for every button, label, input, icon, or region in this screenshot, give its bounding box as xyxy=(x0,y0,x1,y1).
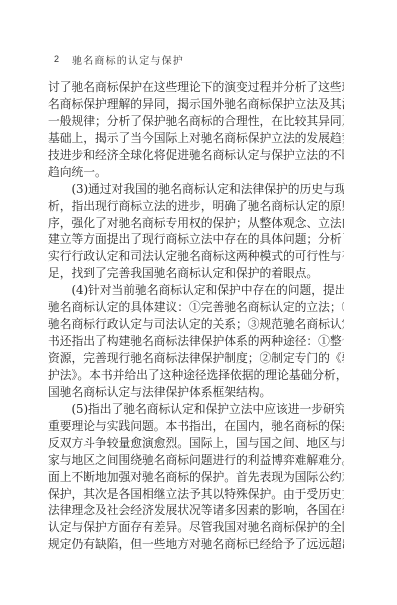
text-line: 技进步和经济全球化将促进驰名商标认定与保护立法的不断完善与 xyxy=(48,147,344,164)
body-text: 讨了驰名商标保护在这些理论下的演变过程并分析了这些理论对驰 名商标保护理解的异同… xyxy=(48,79,344,553)
paragraph-4-start: (4)针对当前驰名商标认定和保护中存在的问题，提出完善我国 xyxy=(48,282,344,299)
text-line: 反双方斗争较量愈演愈烈。国际上，国与国之间、地区与地区之间、国 xyxy=(48,435,344,452)
text-line: 趋向统一。 xyxy=(48,164,344,181)
text-line: 认定与保护方面存有差异。尽管我国对驰名商标保护的全国性法律 xyxy=(48,519,344,536)
text-line: 书还指出了构建驰名商标法律保护体系的两种途径：①整合现有法律 xyxy=(48,333,344,350)
paragraph-3-start: (3)通过对我国的驰名商标认定和法律保护的历史与现状的分 xyxy=(48,181,344,198)
text-line: 资源，完善现行驰名商标法律保护制度；②制定专门的《驰名商标保 xyxy=(48,350,344,367)
text-line: 重要理论与实践问题。本书指出，在国内，驰名商标的保护与侵权正 xyxy=(48,418,344,435)
text-line: 法律理念及社会经济发展状况等诸多因素的影响，各国在驰名商标的 xyxy=(48,502,344,519)
text-line: 护法》。本书并给出了这种途径选择依据的理论基础分析，提出了我 xyxy=(48,367,344,384)
page-header: 2 驰名商标的认定与保护 xyxy=(54,52,184,66)
text-line: 讨了驰名商标保护在这些理论下的演变过程并分析了这些理论对驰 xyxy=(48,79,344,96)
page-number: 2 xyxy=(54,54,72,64)
running-title: 驰名商标的认定与保护 xyxy=(72,52,184,67)
text-line: 名商标保护理解的异同，揭示国外驰名商标保护立法及其法律保护的 xyxy=(48,96,344,113)
text-line: 面上不断地加强对驰名商标的保护。首先表现为国际公约对其扩大 xyxy=(48,469,344,486)
text-line: 驰名商标行政认定与司法认定的关系；③规范驰名商标认定程序。本 xyxy=(48,316,344,333)
text-line: 足，找到了完善我国驰名商标认定和保护的着眼点。 xyxy=(48,265,344,282)
text-line: 基础上，揭示了当今国际上对驰名商标保护立法的发展趋势，指出科 xyxy=(48,130,344,147)
text-line: 驰名商标认定的具体建议：①完善驰名商标认定的立法；②妥善处理 xyxy=(48,299,344,316)
text-line: 实行行政认定和司法认定驰名商标这两种模式的可行性与存在的不 xyxy=(48,248,344,265)
paragraph-5-start: (5)指出了驰名商标认定和保护立法中应该进一步研究的若干 xyxy=(48,401,344,418)
text-line: 国驰名商标认定与法律保护体系框架结构。 xyxy=(48,384,344,401)
text-line: 序，强化了对驰名商标专用权的保护；从整体观念、立法内容以及体系 xyxy=(48,215,344,232)
text-line: 保护，其次是各国相继立法予其以特殊保护。由于受历史文化传统、 xyxy=(48,486,344,503)
text-line: 一般规律；分析了保护驰名商标的合理性，在比较其异同及优缺点的 xyxy=(48,113,344,130)
text-line: 建立等方面提出了现行商标立法中存在的具体问题；分析了目前我国 xyxy=(48,231,344,248)
text-line: 家与地区之间围绕驰名商标问题进行的利益博弈难解难分。国际层 xyxy=(48,452,344,469)
text-line: 析，指出现行商标立法的进步，明确了驰名商标认定的原则和认定程 xyxy=(48,198,344,215)
text-line: 规定仍有缺陷，但一些地方对驰名商标已经给予了远远超出其他知识 xyxy=(48,536,344,553)
